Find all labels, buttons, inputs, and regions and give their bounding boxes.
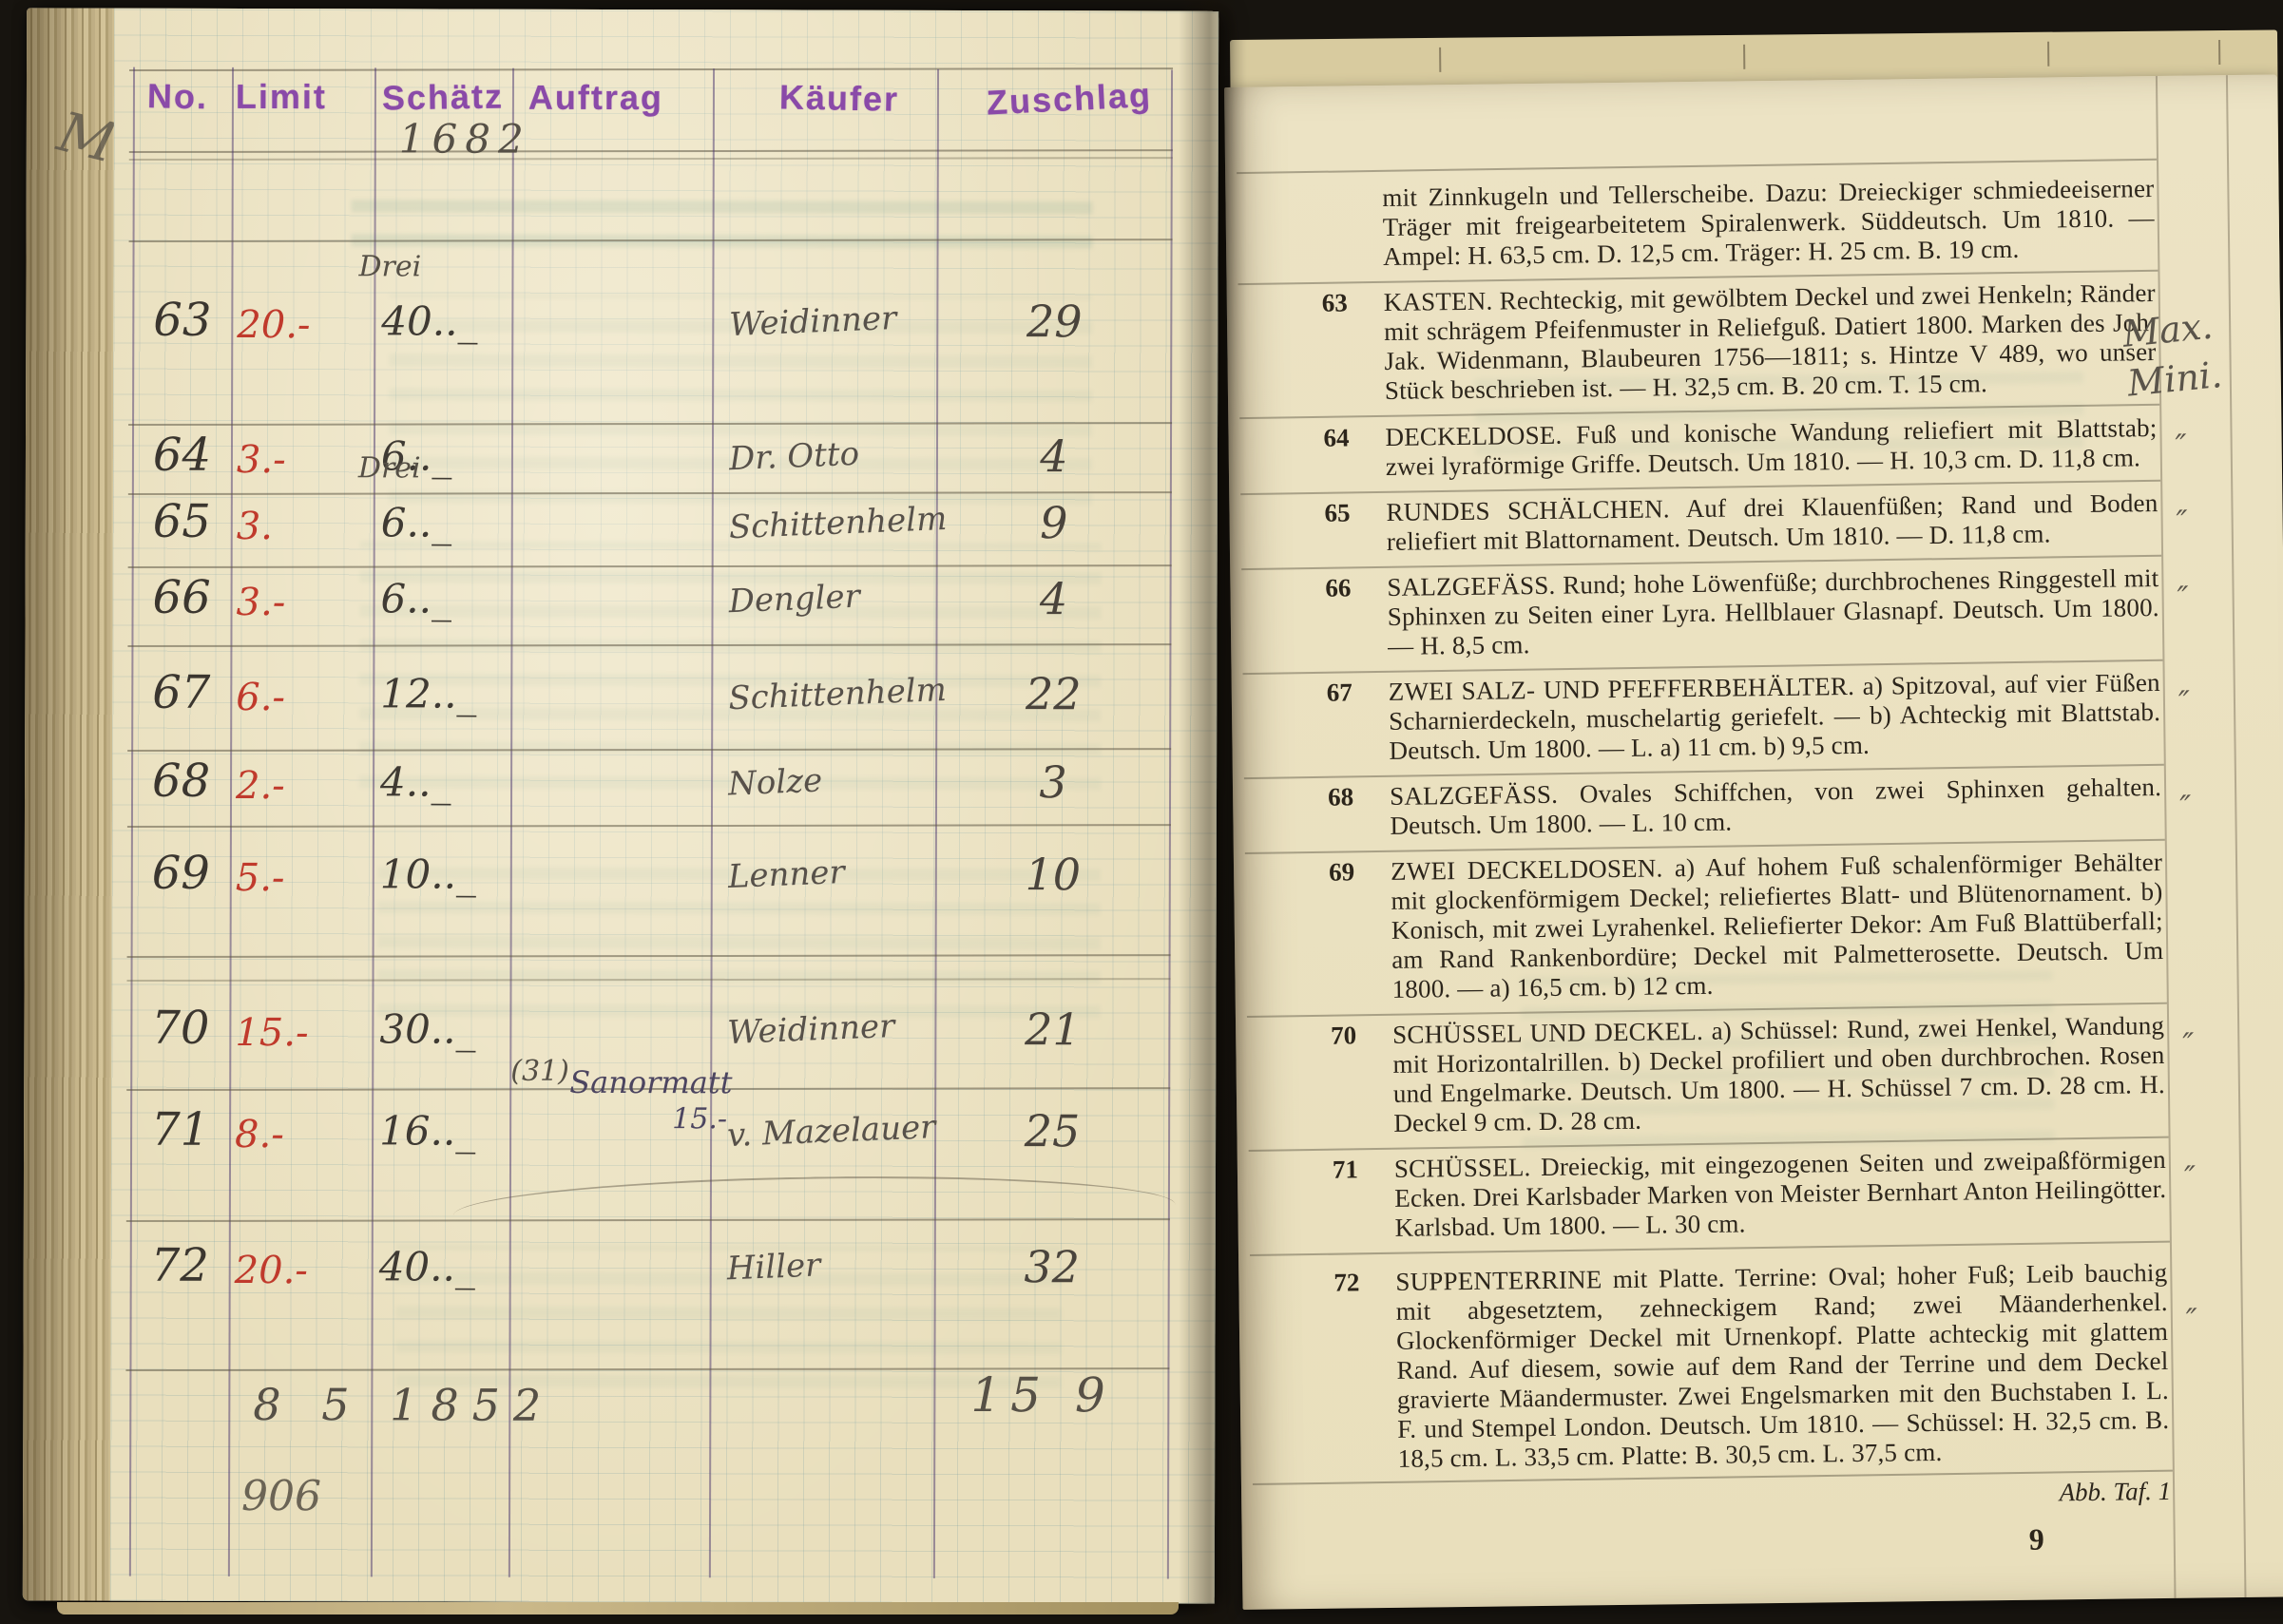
ditto-mark: ″ — [2186, 1302, 2197, 1338]
page-bottom-edge — [57, 1602, 1179, 1614]
ditto-mark: ″ — [2177, 580, 2188, 616]
lot-number-cell: 67 — [152, 666, 210, 719]
limit-cell: 6.- — [236, 676, 285, 719]
estimate-cell: 10.._ — [380, 850, 476, 897]
lot-number-cell: 66 — [152, 571, 210, 624]
limit-cell: 3.- — [236, 581, 285, 624]
buyer-cell: Weidinner — [727, 1007, 895, 1052]
ledger-row: 71 8.- 16.._ (31) Sanormatt 15.- v. Maze… — [130, 1103, 1170, 1182]
lot-number-cell: 64 — [153, 429, 211, 482]
hammer-price-cell: 32 — [986, 1241, 1119, 1292]
catalog-entry: 64 DECKELDOSE. Fuß und konische Wandung … — [1323, 413, 2165, 483]
buyer-cell: Dengler — [728, 578, 861, 621]
table-top-rule — [129, 67, 1173, 71]
buyer-cell: Dr. Otto — [728, 435, 860, 479]
footer-zuschlag-sum: 15 9 — [970, 1367, 1114, 1423]
header-underline — [129, 149, 1173, 153]
entry-text: RUNDES SCHÄLCHEN. Auf drei Klauenfüßen; … — [1386, 488, 2158, 557]
separator-line — [127, 954, 1171, 958]
footer-date: 8 5 1852 — [253, 1379, 554, 1431]
lot-number-cell: 63 — [153, 294, 211, 347]
limit-cell: 3.- — [237, 438, 286, 482]
ruling-tick — [2047, 42, 2049, 67]
buyer-cell: v. Mazelauer — [726, 1108, 936, 1155]
separator-line — [128, 422, 1172, 426]
lot-number-cell: 65 — [153, 495, 211, 548]
catalog-entry: 70 SCHÜSSEL UND DECKEL. a) Schüssel: Run… — [1331, 1011, 2173, 1139]
ruling-tick — [1439, 48, 1441, 72]
estimate-cell: 40.._ — [379, 1243, 475, 1290]
entry-number: 63 — [1322, 288, 1386, 407]
ditto-mark: ″ — [2178, 684, 2190, 720]
lot-number-cell: 68 — [152, 755, 210, 808]
entry-number: 67 — [1327, 678, 1390, 767]
figure-reference: Abb. Taf. 1 — [1336, 1477, 2171, 1517]
column-header-kaeufer: Käufer — [779, 77, 900, 120]
hammer-price-cell: 22 — [987, 668, 1120, 719]
entry-number: 65 — [1324, 498, 1387, 558]
estimate-cell: 12.._ — [380, 670, 476, 716]
catalog-entry: 63 KASTEN. Rechteckig, mit gewölbtem Dec… — [1322, 278, 2164, 407]
entry-text: SCHÜSSEL UND DECKEL. a) Schüssel: Rund, … — [1392, 1011, 2165, 1138]
buyer-cell: Lenner — [727, 853, 845, 896]
catalog-entry: 65 RUNDES SCHÄLCHEN. Auf drei Klauenfüße… — [1324, 488, 2166, 558]
entry-number: 64 — [1323, 423, 1386, 483]
ledger-page: M — [23, 8, 1218, 1603]
margin-note: Max. Mini. — [2120, 294, 2283, 408]
catalog-entry: 69 ZWEI DECKELDOSEN. a) Auf hohem Fuß sc… — [1329, 848, 2172, 1005]
catalog-entry: 72 SUPPENTERRINE mit Platte. Terrine: Ov… — [1333, 1258, 2177, 1475]
estimate-note: Drei — [358, 250, 421, 283]
ledger-row: 65 3. 6.._ Drei Schittenhelm 9 — [132, 495, 1172, 574]
hammer-price-cell: 10 — [987, 849, 1120, 900]
entry-text: ZWEI DECKELDOSEN. a) Auf hohem Fuß schal… — [1391, 848, 2164, 1004]
estimate-cell: 16.._ — [379, 1107, 475, 1154]
book-photo: mit Zinnkugeln und Tellerscheibe. Dazu: … — [0, 0, 2283, 1624]
limit-cell: 5.- — [236, 856, 285, 900]
estimate-cell: 30.._ — [379, 1005, 475, 1052]
ledger-row: 68 2.- 4.._ Nolze 3 — [131, 755, 1171, 833]
column-header-zuschlag: Zuschlag — [986, 75, 1153, 124]
ditto-mark: ″ — [2175, 428, 2186, 464]
entry-number: 70 — [1331, 1021, 1394, 1139]
page-edge-stack — [23, 8, 114, 1600]
entry-text: SCHÜSSEL. Dreieckig, mit eingezogenen Se… — [1394, 1145, 2167, 1243]
catalog-entry-continuation: mit Zinnkugeln und Tellerscheibe. Dazu: … — [1320, 174, 2162, 273]
hammer-price-cell: 21 — [986, 1003, 1119, 1055]
buyer-cell: Nolze — [727, 761, 823, 803]
limit-cell: 2.- — [236, 764, 285, 808]
estimate-cell: 6.._ — [381, 499, 452, 545]
estimate-note: Drei — [358, 451, 421, 485]
ledger-row: 69 5.- 10.._ Lenner 10 — [131, 847, 1171, 926]
estimate-note: (31) — [510, 1055, 569, 1088]
lot-note: 1682 — [399, 115, 531, 162]
catalog-entry: 71 SCHÜSSEL. Dreieckig, mit eingezogenen… — [1333, 1145, 2175, 1244]
separator-line — [1237, 159, 2157, 174]
estimate-cell: 40.._ — [381, 297, 477, 344]
buyer-cell: Hiller — [726, 1246, 821, 1288]
hammer-price-cell: 4 — [988, 430, 1121, 482]
ledger-row: 63 20.- 40.._ Drei Weidinner 29 — [132, 294, 1172, 373]
entry-text: KASTEN. Rechteckig, mit gewölbtem Deckel… — [1384, 278, 2157, 406]
hammer-price-cell: 4 — [988, 573, 1121, 624]
hammer-price-cell: 3 — [987, 756, 1120, 808]
order-amount-cell: 15.- — [672, 1102, 727, 1136]
lot-number-cell: 71 — [151, 1103, 209, 1156]
entry-text: SALZGEFÄSS. Rund; hohe Löwenfüße; durchb… — [1387, 564, 2159, 661]
lot-number-cell: 70 — [151, 1002, 209, 1055]
limit-cell: 20.- — [235, 1249, 308, 1292]
limit-cell: 8.- — [235, 1113, 284, 1156]
ditto-mark: ″ — [2182, 1026, 2194, 1062]
entry-number: 68 — [1328, 782, 1391, 842]
catalog-entry: 67 ZWEI SALZ- UND PFEFFERBEHÄLTER. a) Sp… — [1327, 668, 2169, 767]
ledger-row: 72 20.- 40.._ Hiller 32 — [130, 1239, 1170, 1318]
buyer-cell: Schittenhelm — [728, 671, 948, 717]
ditto-mark: ″ — [2179, 789, 2191, 825]
column-header-limit: Limit — [236, 77, 327, 117]
entry-text: SUPPENTERRINE mit Platte. Terrine: Oval;… — [1395, 1258, 2170, 1474]
lot-number-cell: 72 — [151, 1239, 209, 1292]
ditto-mark: ″ — [2184, 1159, 2196, 1195]
grid-paper: No. Limit Schätz Auftrag Käufer Zuschlag… — [110, 9, 1218, 1604]
entry-text: ZWEI SALZ- UND PFEFFERBEHÄLTER. a) Spitz… — [1389, 668, 2161, 766]
column-header-auftrag: Auftrag — [528, 78, 663, 118]
estimate-cell: 6.._ — [381, 575, 452, 621]
header-underline — [129, 157, 1173, 161]
ledger-row: 66 3.- 6.._ Dengler 4 — [131, 571, 1171, 650]
estimate-cell: 4.._ — [380, 758, 451, 805]
catalog-entry: 66 SALZGEFÄSS. Rund; hohe Löwenfüße; dur… — [1325, 564, 2167, 662]
separator-line — [127, 748, 1171, 752]
entry-number: 69 — [1329, 857, 1392, 1005]
entry-number: 72 — [1333, 1268, 1398, 1475]
limit-cell: 3. — [237, 505, 273, 548]
hammer-price-cell: 9 — [988, 497, 1121, 548]
footer-number: 906 — [241, 1472, 321, 1520]
ruling-tick — [2218, 40, 2220, 65]
entry-text: mit Zinnkugeln und Tellerscheibe. Dazu: … — [1382, 174, 2155, 272]
column-header-no: No. — [147, 76, 209, 117]
separator-line — [127, 978, 1171, 982]
entry-number: 71 — [1333, 1155, 1395, 1244]
buyer-cell: Schittenhelm — [728, 500, 948, 546]
entry-text: DECKELDOSE. Fuß und konische Wandung rel… — [1385, 413, 2158, 482]
order-cell: Sanormatt — [569, 1064, 732, 1100]
page-number: 9 — [2029, 1522, 2044, 1557]
ruling-tick — [1743, 45, 1745, 69]
column-header-schaetz: Schätz — [382, 77, 505, 119]
catalog-page: mit Zinnkugeln und Tellerscheibe. Dazu: … — [1224, 74, 2283, 1609]
limit-cell: 15.- — [235, 1011, 308, 1055]
pencil-flourish — [452, 1172, 1176, 1249]
hammer-price-cell: 29 — [988, 296, 1121, 347]
ledger-row: 67 6.- 12.._ Schittenhelm 22 — [131, 666, 1171, 745]
buyer-cell: Weidinner — [729, 299, 897, 344]
separator-line — [129, 239, 1173, 242]
entry-number: 66 — [1325, 573, 1388, 662]
catalog-entry: 68 SALZGEFÄSS. Ovales Schiffchen, von zw… — [1328, 773, 2170, 842]
limit-cell: 20.- — [237, 303, 310, 347]
ditto-mark: ″ — [2176, 504, 2187, 540]
entry-text: SALZGEFÄSS. Ovales Schiffchen, von zwei … — [1390, 773, 2162, 841]
lot-number-cell: 69 — [152, 847, 210, 900]
separator-line — [1250, 1241, 2170, 1256]
hammer-price-cell: 25 — [986, 1105, 1119, 1156]
